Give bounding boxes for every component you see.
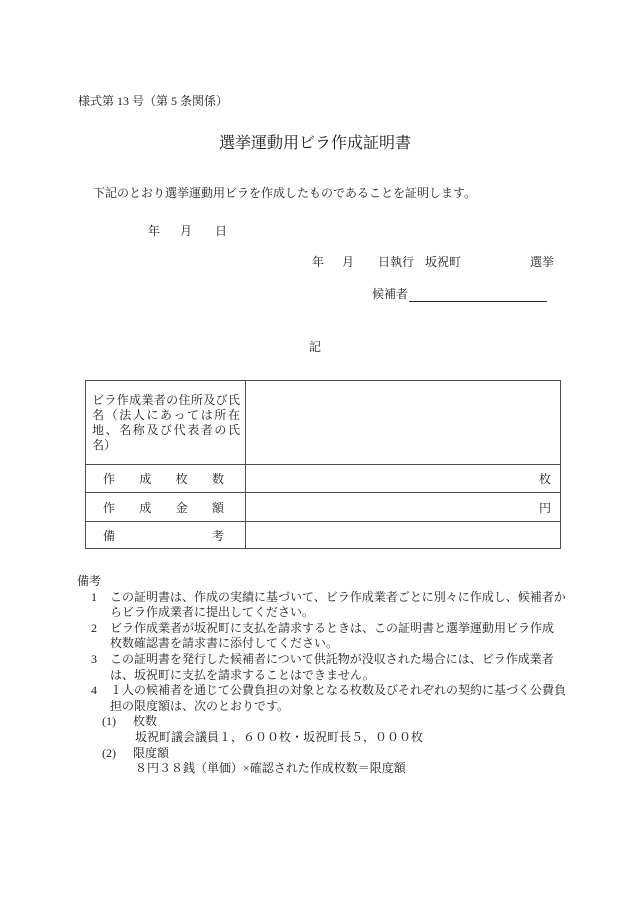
note-item-3: 3 この証明書を発行した候補者について供託物が没収された場合には、ビラ作成業者 … [91, 652, 577, 683]
copies-unit-label: 枚 [539, 470, 551, 487]
document-title: 選挙運動用ビラ作成証明書 [0, 134, 630, 153]
note-item-4: 4 １人の候補者を通じて公費負担の対象となる枚数及びそれぞれの契約に基づく公費負… [91, 683, 577, 714]
note-text: この証明書は、作成の実績に基づいて、ビラ作成業者ごとに別々に作成し、候補者か ら… [110, 590, 572, 621]
sub-item-1-detail: 坂祝町議会議員１，６００枚・坂祝町長５，０００枚 [135, 730, 577, 746]
remarks-value-cell [246, 521, 560, 548]
note-number: 1 [91, 590, 110, 621]
election-label: 選挙 [530, 255, 554, 270]
sub-item-label: 枚数 [133, 714, 157, 730]
certificate-table: ビラ作成業者の住所及び氏名（法人にあっては所在地、名称及び代表者の氏名） 作成枚… [85, 380, 561, 549]
note-item-2: 2 ビラ作成業者が坂祝町に支払を請求するときは、この証明書と選挙運動用ビラ作成 … [91, 621, 577, 652]
ki-separator: 記 [0, 340, 630, 355]
sub-item-label: 限度額 [133, 746, 169, 762]
candidate-line: 候補者 [0, 287, 630, 305]
sub-item-number: (2) [102, 746, 133, 762]
exec-month-label: 月 [342, 255, 354, 270]
note-number: 2 [91, 621, 110, 652]
yen-unit-label: 円 [539, 499, 551, 516]
notes-title: 備考 [77, 574, 577, 590]
notes-section: 備考 1 この証明書は、作成の実績に基づいて、ビラ作成業者ごとに別々に作成し、候… [77, 574, 577, 777]
note-item-1: 1 この証明書は、作成の実績に基づいて、ビラ作成業者ごとに別々に作成し、候補者か… [91, 590, 577, 621]
sub-item-2-header: (2) 限度額 [102, 746, 577, 762]
note-number: 3 [91, 652, 110, 683]
flyer-maker-info-label-cell: ビラ作成業者の住所及び氏名（法人にあっては所在地、名称及び代表者の氏名） [86, 381, 246, 464]
amount-label-cell: 作成金額 [86, 492, 246, 521]
candidate-name-blank [409, 287, 547, 302]
amount-label: 作成金額 [86, 499, 245, 516]
remarks-label: 備考 [86, 527, 245, 544]
certify-sentence: 下記のとおり選挙運動用ビラを作成したものであることを証明します。 [93, 186, 476, 201]
flyer-maker-info-value-cell [246, 381, 560, 464]
town-name-label: 坂祝町 [425, 255, 461, 270]
note-text: １人の候補者を通じて公費負担の対象となる枚数及びそれぞれの契約に基づく公費負 担… [110, 683, 572, 714]
note-text: ビラ作成業者が坂祝町に支払を請求するときは、この証明書と選挙運動用ビラ作成 枚数… [110, 621, 572, 652]
note-number: 4 [91, 683, 110, 714]
sub-item-number: (1) [102, 714, 133, 730]
copies-made-label: 作成枚数 [86, 470, 245, 487]
exec-day-label: 日執行 [378, 255, 414, 270]
issue-day-label: 日 [215, 224, 227, 239]
sub-item-2-detail: ８円３８銭（単価）×確認された作成枚数＝限度額 [135, 761, 577, 777]
issue-year-label: 年 [148, 224, 160, 239]
candidate-label: 候補者 [372, 287, 408, 302]
note-text: この証明書を発行した候補者について供託物が没収された場合には、ビラ作成業者 は、… [110, 652, 572, 683]
form-number: 様式第 13 号（第 5 条関係） [78, 94, 228, 109]
remarks-label-cell: 備考 [86, 521, 246, 548]
election-execution-line: 年 月 日執行 坂祝町 選挙 [0, 255, 630, 271]
copies-made-value-cell: 枚 [246, 464, 560, 492]
issue-month-label: 月 [180, 224, 192, 239]
issue-date-line: 年 月 日 [0, 224, 630, 240]
sub-item-1-header: (1) 枚数 [102, 714, 577, 730]
exec-year-label: 年 [312, 255, 324, 270]
copies-made-label-cell: 作成枚数 [86, 464, 246, 492]
amount-value-cell: 円 [246, 492, 560, 521]
